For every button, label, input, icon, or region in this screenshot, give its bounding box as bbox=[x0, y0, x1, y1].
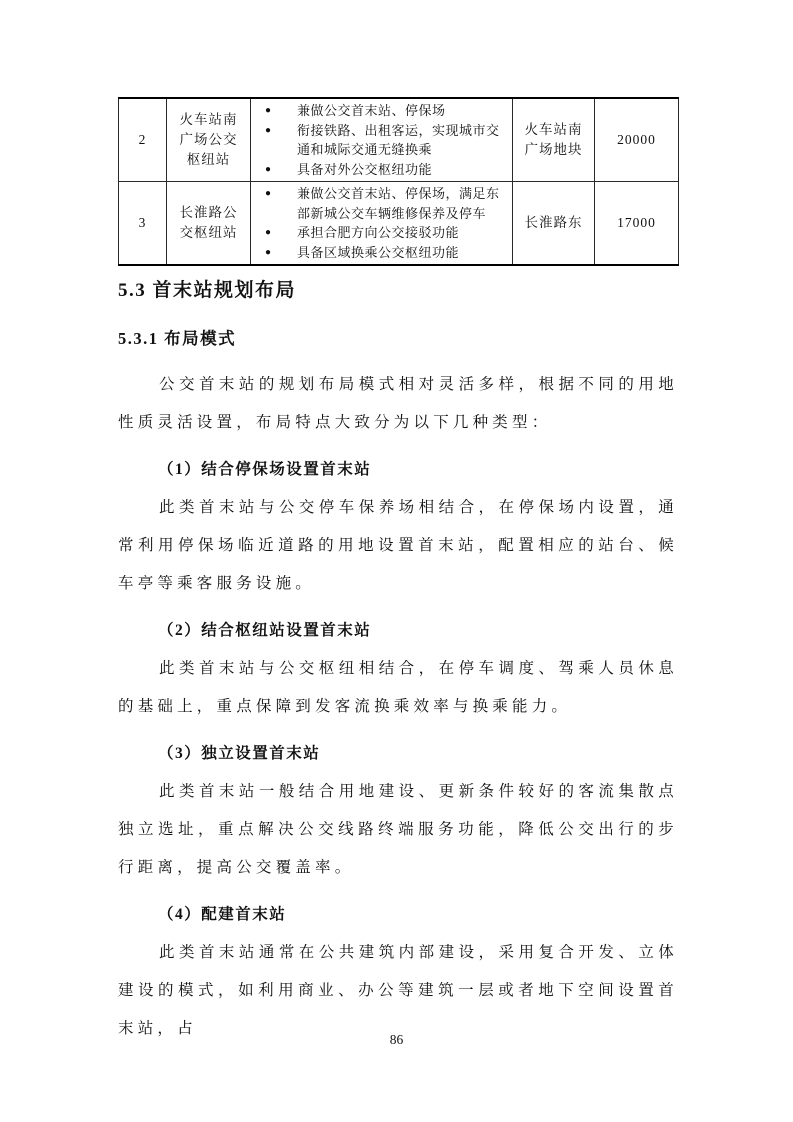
table-row: 3 长淮路公交枢纽站 ● 兼做公交首末站、停保场，满足东部新城公交车辆维修保养及… bbox=[119, 182, 679, 266]
intro-paragraph: 公交首末站的规划布局模式相对灵活多样，根据不同的用地性质灵活设置，布局特点大致分… bbox=[118, 366, 678, 442]
area-cell: 20000 bbox=[595, 98, 679, 182]
bullet-icon: ● bbox=[265, 184, 297, 204]
bullet-icon: ● bbox=[265, 160, 297, 180]
item-paragraph-4: 此类首末站通常在公共建筑内部建设，采用复合开发、立体建设的模式，如利用商业、办公… bbox=[118, 934, 678, 1048]
function-text: 承担合肥方向公交接驳功能 bbox=[297, 223, 506, 243]
function-list-cell: ● 兼做公交首末站、停保场 ● 衔接铁路、出租客运，实现城市交通和城际交通无缝换… bbox=[251, 98, 513, 182]
item-heading-3: （3）独立设置首末站 bbox=[118, 735, 678, 773]
bullet-icon: ● bbox=[265, 121, 297, 141]
function-text: 衔接铁路、出租客运，实现城市交通和城际交通无缝换乘 bbox=[297, 121, 506, 160]
function-item: ● 承担合肥方向公交接驳功能 bbox=[265, 223, 506, 243]
document-page: 2 火车站南广场公交枢纽站 ● 兼做公交首末站、停保场 ● 衔接铁路、出租客运，… bbox=[0, 0, 793, 1122]
item-paragraph-1: 此类首末站与公交停车保养场相结合，在停保场内设置，通常利用停保场临近道路的用地设… bbox=[118, 489, 678, 603]
function-list-cell: ● 兼做公交首末站、停保场，满足东部新城公交车辆维修保养及停车 ● 承担合肥方向… bbox=[251, 182, 513, 266]
page-content: 2 火车站南广场公交枢纽站 ● 兼做公交首末站、停保场 ● 衔接铁路、出租客运，… bbox=[118, 0, 678, 1048]
function-item: ● 具备对外公交枢纽功能 bbox=[265, 160, 506, 180]
item-paragraph-2: 此类首末站与公交枢纽相结合，在停车调度、驾乘人员休息的基础上，重点保障到发客流换… bbox=[118, 650, 678, 726]
function-item: ● 兼做公交首末站、停保场，满足东部新城公交车辆维修保养及停车 bbox=[265, 184, 506, 223]
subsection-heading-5-3-1: 5.3.1 布局模式 bbox=[118, 320, 678, 358]
bullet-icon: ● bbox=[265, 101, 297, 121]
function-item: ● 衔接铁路、出租客运，实现城市交通和城际交通无缝换乘 bbox=[265, 121, 506, 160]
section-heading-5-3: 5.3 首末站规划布局 bbox=[118, 272, 678, 310]
function-text: 具备对外公交枢纽功能 bbox=[297, 160, 506, 180]
function-text: 兼做公交首末站、停保场 bbox=[297, 101, 506, 121]
bullet-icon: ● bbox=[265, 223, 297, 243]
table-row: 2 火车站南广场公交枢纽站 ● 兼做公交首末站、停保场 ● 衔接铁路、出租客运，… bbox=[119, 98, 679, 182]
location-cell: 火车站南广场地块 bbox=[513, 98, 595, 182]
hub-station-table: 2 火车站南广场公交枢纽站 ● 兼做公交首末站、停保场 ● 衔接铁路、出租客运，… bbox=[118, 97, 679, 266]
location-cell: 长淮路东 bbox=[513, 182, 595, 266]
row-number-cell: 2 bbox=[119, 98, 167, 182]
item-heading-2: （2）结合枢纽站设置首末站 bbox=[118, 612, 678, 650]
station-name-cell: 火车站南广场公交枢纽站 bbox=[167, 98, 251, 182]
page-number: 86 bbox=[0, 1032, 793, 1048]
item-heading-4: （4）配建首末站 bbox=[118, 896, 678, 934]
item-heading-1: （1）结合停保场设置首末站 bbox=[118, 451, 678, 489]
station-name-cell: 长淮路公交枢纽站 bbox=[167, 182, 251, 266]
area-cell: 17000 bbox=[595, 182, 679, 266]
function-text: 兼做公交首末站、停保场，满足东部新城公交车辆维修保养及停车 bbox=[297, 184, 506, 223]
function-item: ● 具备区域换乘公交枢纽功能 bbox=[265, 243, 506, 263]
function-item: ● 兼做公交首末站、停保场 bbox=[265, 101, 506, 121]
function-text: 具备区域换乘公交枢纽功能 bbox=[297, 243, 506, 263]
row-number-cell: 3 bbox=[119, 182, 167, 266]
bullet-icon: ● bbox=[265, 243, 297, 263]
item-paragraph-3: 此类首末站一般结合用地建设、更新条件较好的客流集散点独立选址，重点解决公交线路终… bbox=[118, 773, 678, 887]
